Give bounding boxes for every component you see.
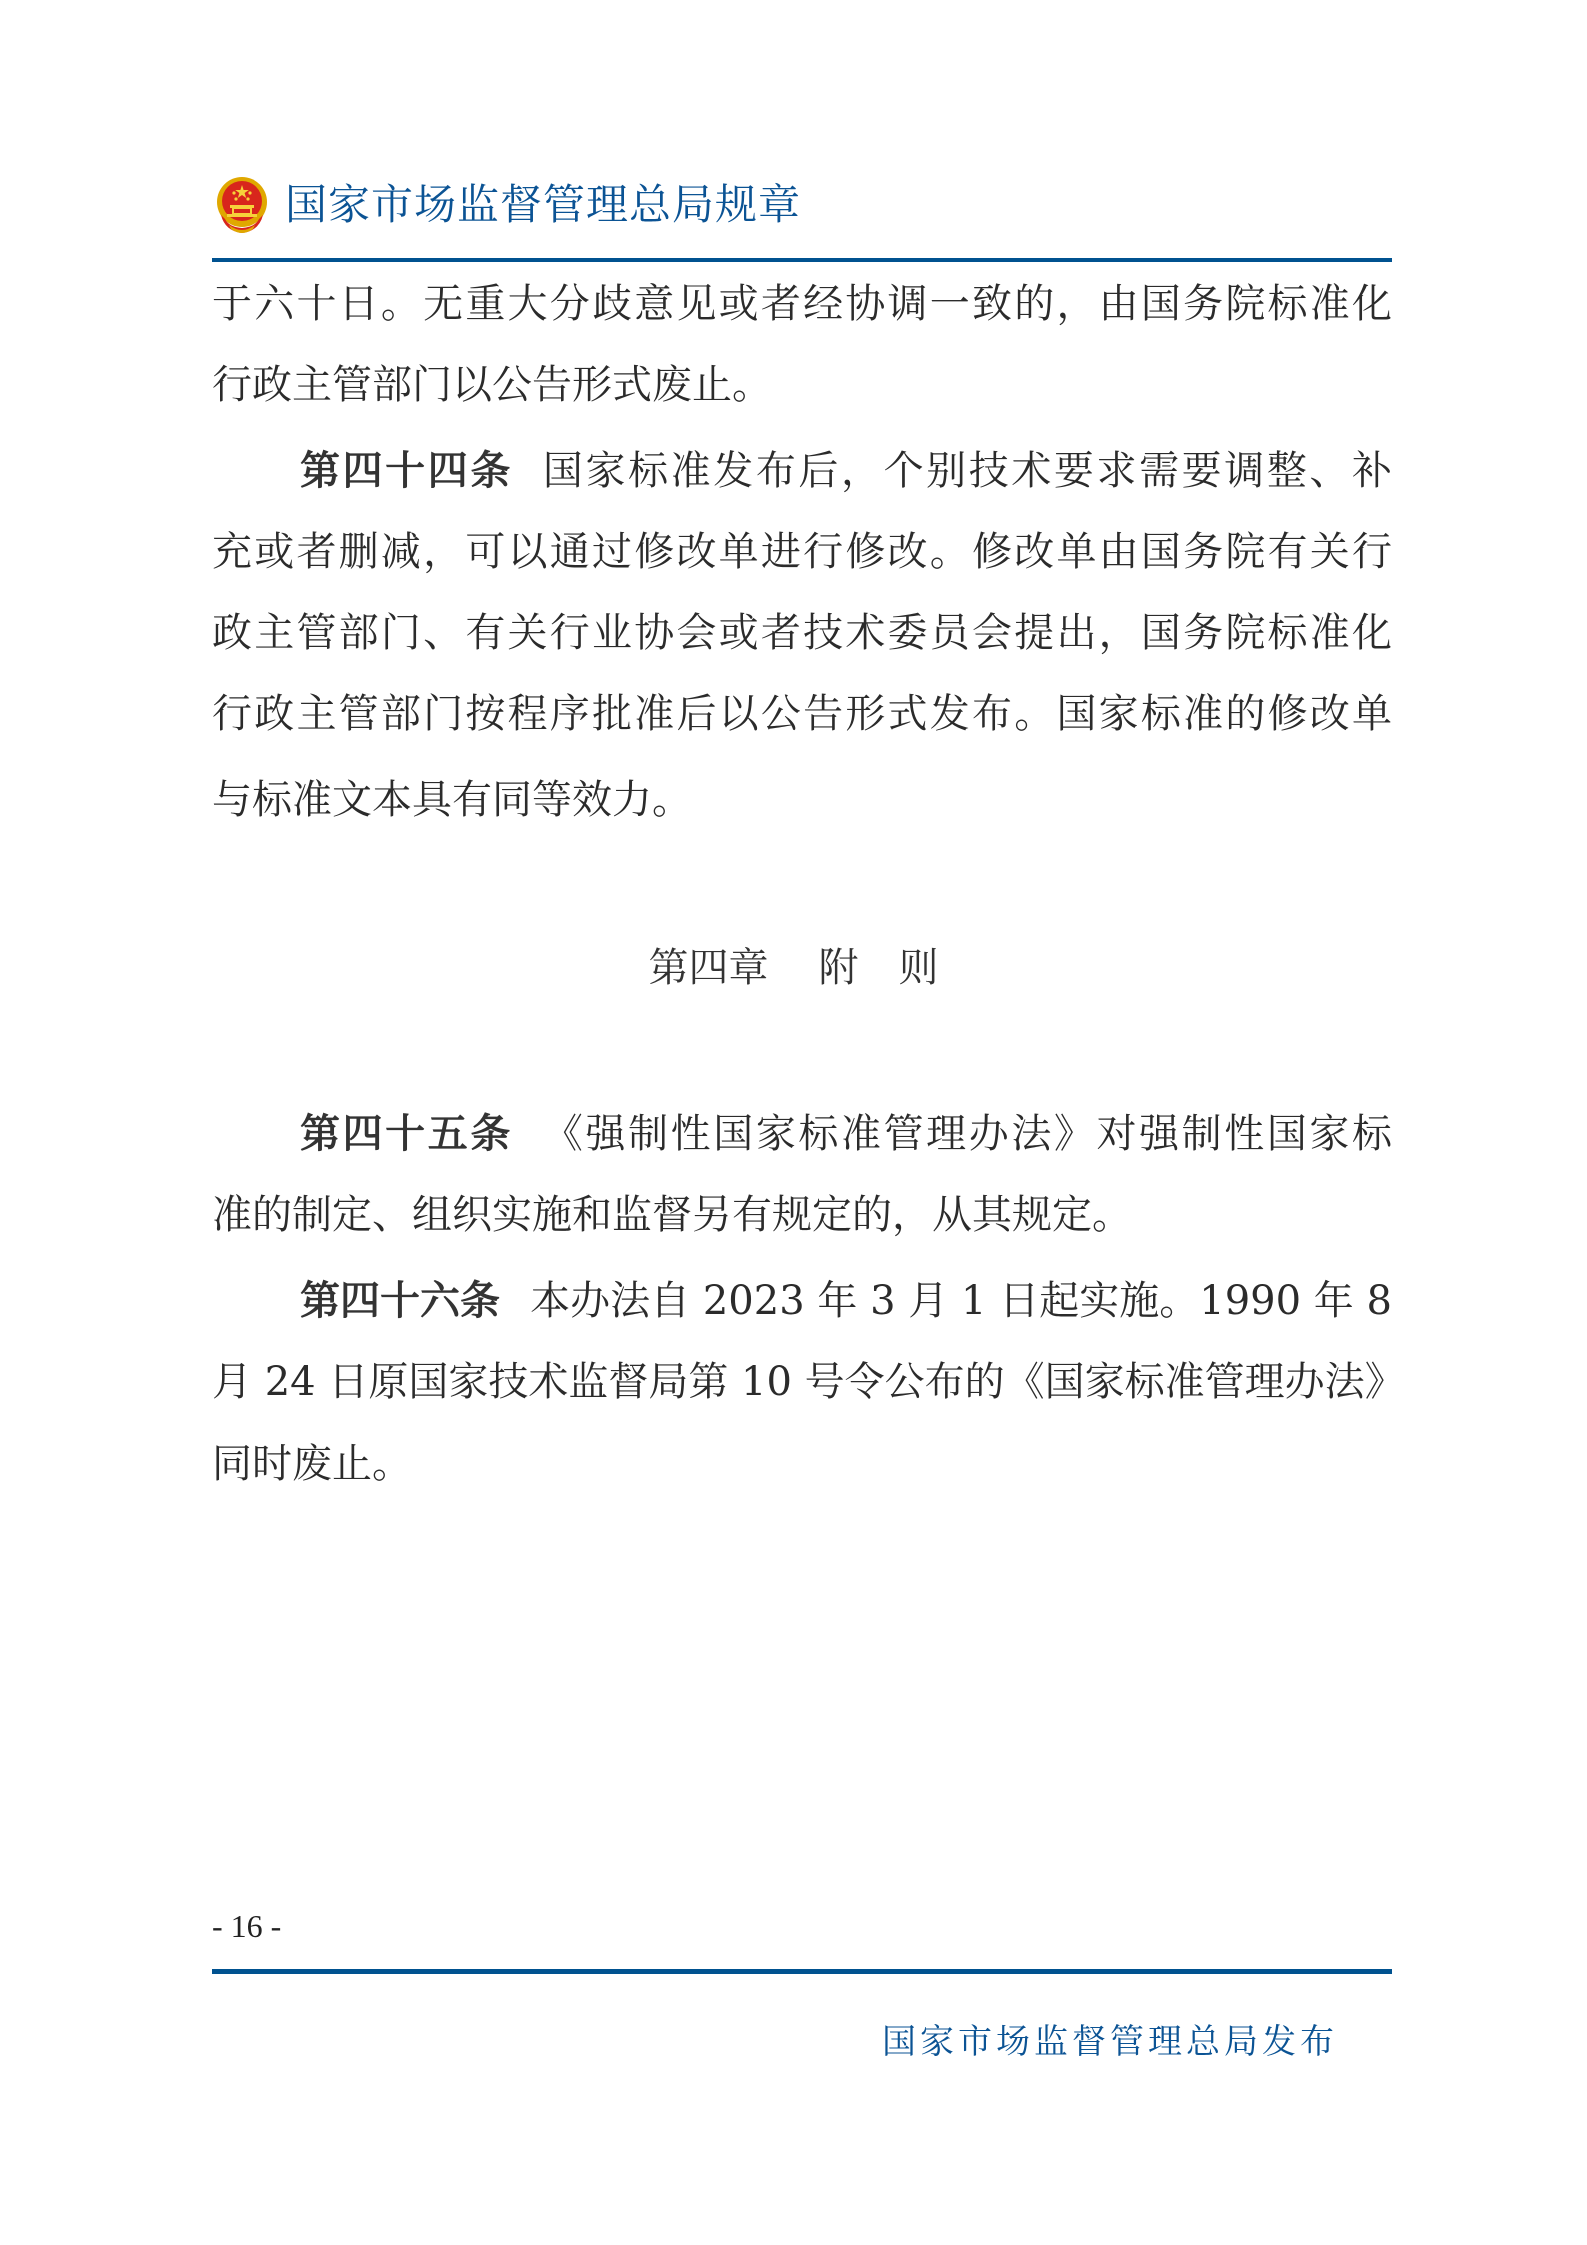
header-divider: [212, 258, 1392, 262]
document-page: 国家市场监督管理总局规章 于六十日。无重大分歧意见或者经协调一致的，由国务院标准…: [0, 0, 1587, 2245]
article-label: 第四十四条: [300, 448, 513, 494]
body-text: 本办法自 2023 年 3 月 1 日起实施。1990 年 8: [530, 1278, 1392, 1324]
body-text: 《强制性国家标准管理办法》对强制性国家标: [543, 1111, 1392, 1157]
publisher-label: 国家市场监督管理总局发布: [882, 2014, 1338, 2063]
body-line: 准的制定、组织实施和监督另有规定的，从其规定。: [212, 1193, 1392, 1237]
national-emblem-icon: [215, 175, 269, 235]
article-44-first-line: 第四十四条国家标准发布后，个别技术要求需要调整、补: [300, 449, 1392, 493]
article-label: 第四十六条: [300, 1278, 500, 1324]
chapter-title-part: 则: [899, 946, 939, 990]
body-line: 同时废止。: [212, 1442, 1392, 1486]
body-text: 国家标准发布后，个别技术要求需要调整、补: [543, 448, 1392, 494]
body-line: 与标准文本具有同等效力。: [212, 778, 1392, 822]
article-label: 第四十五条: [300, 1111, 513, 1157]
footer-divider: [212, 1969, 1392, 1974]
article-45-first-line: 第四十五条《强制性国家标准管理办法》对强制性国家标: [300, 1112, 1392, 1156]
body-line: 行政主管部门以公告形式废止。: [212, 363, 1392, 407]
chapter-heading: 第四章附则: [0, 946, 1587, 990]
page-header: 国家市场监督管理总局规章: [215, 170, 801, 240]
chapter-title-part: 附: [819, 946, 859, 990]
body-line: 于六十日。无重大分歧意见或者经协调一致的，由国务院标准化: [212, 282, 1392, 326]
header-title: 国家市场监督管理总局规章: [285, 184, 801, 226]
body-line: 充或者删减，可以通过修改单进行修改。修改单由国务院有关行: [212, 530, 1392, 574]
body-line: 行政主管部门按程序批准后以公告形式发布。国家标准的修改单: [212, 692, 1392, 736]
page-number: - 16 -: [212, 1908, 281, 1945]
chapter-number: 第四章: [649, 946, 769, 990]
body-line: 月 24 日原国家技术监督局第 10 号令公布的《国家标准管理办法》: [212, 1360, 1392, 1404]
body-line: 政主管部门、有关行业协会或者技术委员会提出，国务院标准化: [212, 611, 1392, 655]
article-46-first-line: 第四十六条本办法自 2023 年 3 月 1 日起实施。1990 年 8: [300, 1279, 1392, 1323]
